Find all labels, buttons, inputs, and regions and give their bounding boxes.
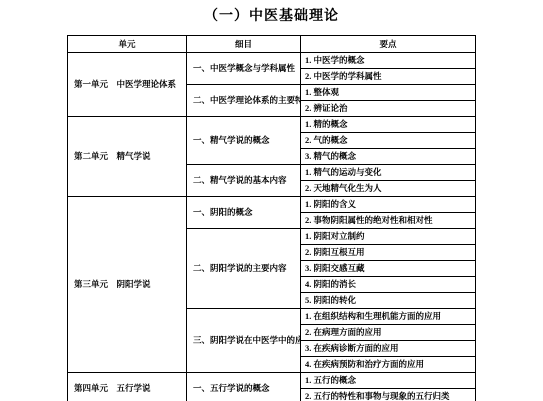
- item-cell-3-1: 一、阴阳的概念: [187, 197, 301, 229]
- column-header-item: 细目: [187, 36, 301, 53]
- table-row: 第四单元 五行学说 一、五行学说的概念 1. 五行的概念: [68, 373, 476, 389]
- content-table: 单元 细目 要点 第一单元 中医学理论体系 一、中医学概念与学科属性 1. 中医…: [67, 35, 476, 401]
- point-cell: 2. 天地精气化生为人: [301, 181, 476, 197]
- point-cell: 3. 在疾病诊断方面的应用: [301, 341, 476, 357]
- point-cell: 5. 阴阳的转化: [301, 293, 476, 309]
- unit-cell-2: 第二单元 精气学说: [68, 117, 187, 197]
- point-cell: 2. 事物阴阳属性的绝对性和相对性: [301, 213, 476, 229]
- point-cell: 2. 在病理方面的应用: [301, 325, 476, 341]
- document-page: { "title": "（一）中医基础理论", "colors": { "bac…: [0, 0, 543, 401]
- item-cell-3-2: 二、阴阳学说的主要内容: [187, 229, 301, 309]
- point-cell: 3. 精气的概念: [301, 149, 476, 165]
- point-cell: 2. 中医学的学科属性: [301, 69, 476, 85]
- point-cell: 1. 精气的运动与变化: [301, 165, 476, 181]
- point-cell: 1. 五行的概念: [301, 373, 476, 389]
- point-cell: 1. 阴阳的含义: [301, 197, 476, 213]
- point-cell: 3. 阴阳交感互藏: [301, 261, 476, 277]
- item-cell-1-1: 一、中医学概念与学科属性: [187, 53, 301, 85]
- item-cell-1-2: 二、中医学理论体系的主要特点: [187, 85, 301, 117]
- unit-cell-4: 第四单元 五行学说: [68, 373, 187, 401]
- point-cell: 4. 阴阳的消长: [301, 277, 476, 293]
- table-row: 第三单元 阴阳学说 一、阴阳的概念 1. 阴阳的含义: [68, 197, 476, 213]
- point-cell: 1. 整体观: [301, 85, 476, 101]
- item-cell-4-1: 一、五行学说的概念: [187, 373, 301, 401]
- table-row: 第一单元 中医学理论体系 一、中医学概念与学科属性 1. 中医学的概念: [68, 53, 476, 69]
- point-cell: 2. 气的概念: [301, 133, 476, 149]
- point-cell: 2. 五行的特性和事物与现象的五行归类: [301, 389, 476, 401]
- column-header-unit: 单元: [68, 36, 187, 53]
- point-cell: 1. 阴阳对立制约: [301, 229, 476, 245]
- point-cell: 4. 在疾病预防和治疗方面的应用: [301, 357, 476, 373]
- unit-cell-3: 第三单元 阴阳学说: [68, 197, 187, 373]
- point-cell: 2. 阴阳互根互用: [301, 245, 476, 261]
- item-cell-2-2: 二、精气学说的基本内容: [187, 165, 301, 197]
- item-cell-2-1: 一、精气学说的概念: [187, 117, 301, 165]
- header-row: 单元 细目 要点: [68, 36, 476, 53]
- point-cell: 1. 在组织结构和生理机能方面的应用: [301, 309, 476, 325]
- unit-cell-1: 第一单元 中医学理论体系: [68, 53, 187, 117]
- point-cell: 1. 中医学的概念: [301, 53, 476, 69]
- table-row: 第二单元 精气学说 一、精气学说的概念 1. 精的概念: [68, 117, 476, 133]
- item-cell-3-3: 三、阴阳学说在中医学中的应用: [187, 309, 301, 373]
- point-cell: 2. 辨证论治: [301, 101, 476, 117]
- point-cell: 1. 精的概念: [301, 117, 476, 133]
- column-header-point: 要点: [301, 36, 476, 53]
- page-title: （一）中医基础理论: [0, 0, 543, 35]
